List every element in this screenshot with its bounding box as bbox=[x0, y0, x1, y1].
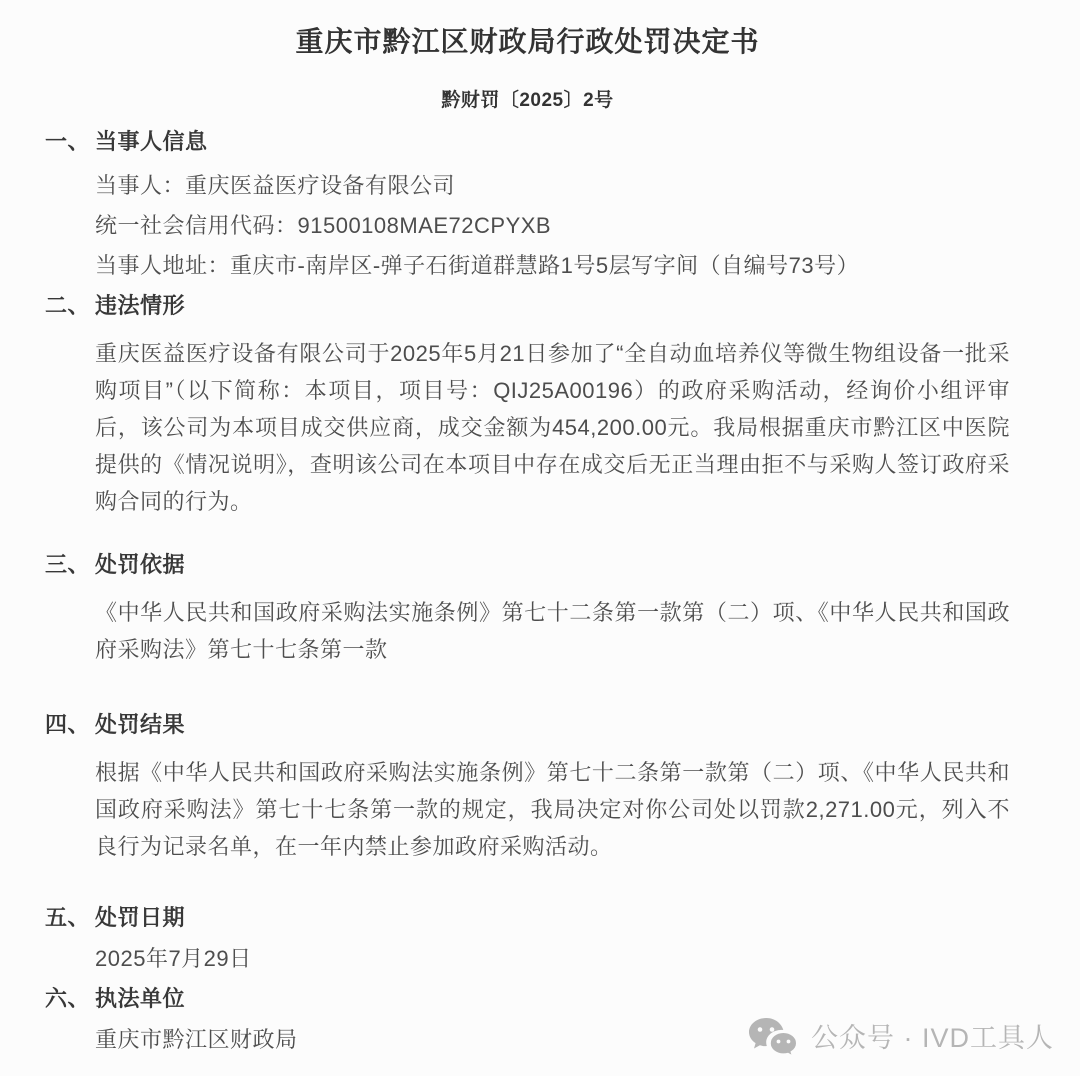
section-basis-heading: 三、 处罚依据 bbox=[45, 550, 1010, 580]
section-heading-label: 处罚依据 bbox=[95, 550, 185, 580]
wechat-icon bbox=[747, 1016, 799, 1060]
section-party-info: 一、 当事人信息 当事人：重庆医益医疗设备有限公司 统一社会信用代码：91500… bbox=[45, 127, 1010, 281]
section-violation: 二、 违法情形 重庆医益医疗设备有限公司于2025年5月21日参加了“全自动血培… bbox=[45, 291, 1010, 520]
document-title: 重庆市黔江区财政局行政处罚决定书 bbox=[45, 22, 1010, 62]
document-number: 黔财罚〔2025〕2号 bbox=[45, 88, 1010, 114]
credit-code: 统一社会信用代码：91500108MAE72CPYXB bbox=[95, 211, 1010, 241]
section-violation-heading: 二、 违法情形 bbox=[45, 291, 1010, 321]
section-basis-body: 《中华人民共和国政府采购法实施条例》第七十二条第一款第（二）项、《中华人民共和国… bbox=[95, 594, 1010, 668]
section-heading-label: 处罚日期 bbox=[95, 903, 185, 933]
section-party-body: 当事人：重庆医益医疗设备有限公司 统一社会信用代码：91500108MAE72C… bbox=[95, 171, 1010, 281]
section-number: 一、 bbox=[45, 127, 95, 157]
section-penalty-result: 四、 处罚结果 根据《中华人民共和国政府采购法实施条例》第七十二条第一款第（二）… bbox=[45, 710, 1010, 865]
section-agency-heading: 六、 执法单位 bbox=[45, 984, 1010, 1014]
basis-paragraph: 《中华人民共和国政府采购法实施条例》第七十二条第一款第（二）项、《中华人民共和国… bbox=[95, 594, 1010, 668]
party-name: 当事人：重庆医益医疗设备有限公司 bbox=[95, 171, 1010, 201]
section-number: 六、 bbox=[45, 984, 95, 1014]
section-result-heading: 四、 处罚结果 bbox=[45, 710, 1010, 740]
section-penalty-basis: 三、 处罚依据 《中华人民共和国政府采购法实施条例》第七十二条第一款第（二）项、… bbox=[45, 550, 1010, 668]
section-date-body: 2025年7月29日 bbox=[95, 944, 1010, 974]
section-number: 二、 bbox=[45, 291, 95, 321]
public-account-watermark: 公众号 · IVD工具人 bbox=[747, 1016, 1054, 1060]
watermark-text: 公众号 · IVD工具人 bbox=[811, 1018, 1054, 1058]
section-heading-label: 处罚结果 bbox=[95, 710, 185, 740]
section-number: 五、 bbox=[45, 903, 95, 933]
section-date-heading: 五、 处罚日期 bbox=[45, 903, 1010, 933]
party-address: 当事人地址：重庆市-南岸区-弹子石街道群慧路1号5层写字间（自编号73号） bbox=[95, 251, 1010, 281]
penalty-date: 2025年7月29日 bbox=[95, 944, 1010, 974]
penalty-decision-document: 重庆市黔江区财政局行政处罚决定书 黔财罚〔2025〕2号 一、 当事人信息 当事… bbox=[0, 0, 1080, 1055]
section-party-heading: 一、 当事人信息 bbox=[45, 127, 1010, 157]
section-result-body: 根据《中华人民共和国政府采购法实施条例》第七十二条第一款第（二）项、《中华人民共… bbox=[95, 754, 1010, 865]
section-penalty-date: 五、 处罚日期 2025年7月29日 bbox=[45, 903, 1010, 974]
violation-paragraph: 重庆医益医疗设备有限公司于2025年5月21日参加了“全自动血培养仪等微生物组设… bbox=[95, 335, 1010, 520]
result-paragraph: 根据《中华人民共和国政府采购法实施条例》第七十二条第一款第（二）项、《中华人民共… bbox=[95, 754, 1010, 865]
document-page: 重庆市黔江区财政局行政处罚决定书 黔财罚〔2025〕2号 一、 当事人信息 当事… bbox=[0, 0, 1080, 1076]
section-heading-label: 当事人信息 bbox=[95, 127, 208, 157]
section-heading-label: 执法单位 bbox=[95, 984, 185, 1014]
section-number: 三、 bbox=[45, 550, 95, 580]
section-number: 四、 bbox=[45, 710, 95, 740]
section-violation-body: 重庆医益医疗设备有限公司于2025年5月21日参加了“全自动血培养仪等微生物组设… bbox=[95, 335, 1010, 520]
section-heading-label: 违法情形 bbox=[95, 291, 185, 321]
